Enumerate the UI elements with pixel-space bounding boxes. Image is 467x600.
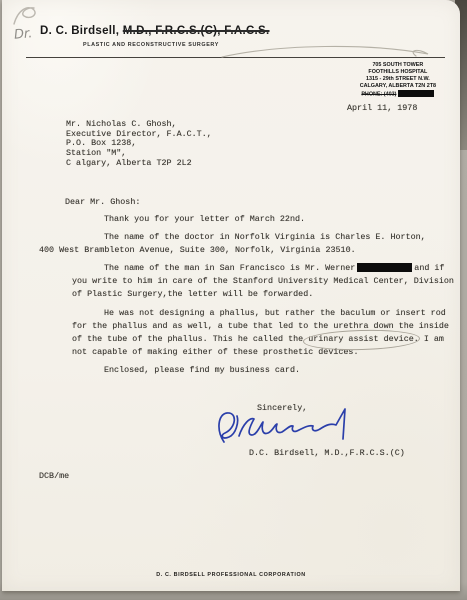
body-line: not capable of making either of these pr… (72, 346, 454, 359)
letter-paper: Dr. D. C. Birdsell, M.D., F.R.C.S.(C), F… (2, 0, 460, 591)
body-text-segment: Enclosed, please find my business card. (104, 365, 300, 375)
body-text-segment: 400 West Brambleton Avenue, Suite 300, N… (39, 245, 356, 255)
letterhead-address-line: 705 SOUTH TOWER (360, 62, 436, 69)
recipient-address-block: Mr. Nicholas C. Ghosh,Executive Director… (66, 120, 212, 169)
body-text-segment: not capable of making either of these pr… (72, 347, 358, 357)
body-text-segment: He was not designing a phallus, but rath… (104, 308, 446, 318)
body-line: Thank you for your letter of March 22nd. (104, 213, 454, 226)
handwritten-signature-ink (212, 406, 360, 450)
body-text-segment: . I am (414, 334, 444, 344)
salutation: Dear Mr. Ghosh: (65, 197, 140, 207)
pencil-circled-phrase: urinary assist device (308, 333, 414, 346)
body-line: The name of the man in San Francisco is … (104, 262, 454, 275)
handwritten-dr-note: Dr. (13, 26, 33, 43)
phone-redaction-box (398, 90, 434, 97)
body-line: of Plastic Surgery,the letter will be fo… (72, 288, 454, 301)
letterhead-name-plain: D. C. Birdsell, (40, 25, 123, 37)
letterhead-credentials-struck: M.D., F.R.C.S.(C), F.A.C.S. (123, 25, 270, 37)
name-redaction-box (357, 263, 412, 272)
body-text-segment: The name of the man in San Francisco is … (104, 263, 355, 273)
body-line: Enclosed, please find my business card. (104, 364, 454, 377)
letter-body: Thank you for your letter of March 22nd.… (72, 213, 454, 377)
footer-corporation-line: D. C. BIRDSELL PROFESSIONAL CORPORATION (2, 572, 460, 578)
letter-date: April 11, 1978 (347, 103, 417, 113)
letterhead-address-line: FOOTHILLS HOSPITAL (360, 69, 436, 76)
letterhead-doctor-name: D. C. Birdsell, M.D., F.R.C.S.(C), F.A.C… (40, 25, 270, 37)
body-line: of the tube of the phallus. This he call… (72, 333, 454, 346)
letterhead-address-block: 705 SOUTH TOWERFOOTHILLS HOSPITAL1315 - … (360, 62, 436, 99)
reference-initials: DCB/me (39, 471, 69, 481)
body-text-segment: of Plastic Surgery,the letter will be fo… (72, 289, 313, 299)
body-text-segment: and if (414, 263, 444, 273)
body-text-segment: The name of the doctor in Norfolk Virgin… (104, 232, 426, 242)
body-text-segment: you write to him in care of the Stanford… (72, 276, 454, 286)
body-text-segment: of the tube of the phallus. This he call… (72, 334, 308, 344)
pencil-swoosh-mark (220, 40, 450, 64)
body-line: The name of the doctor in Norfolk Virgin… (104, 231, 454, 244)
body-line: you write to him in care of the Stanford… (72, 275, 454, 288)
body-text-segment: Thank you for your letter of March 22nd. (104, 214, 305, 224)
body-line: for the phallus and as well, a tube that… (72, 320, 454, 333)
body-line: 400 West Brambleton Avenue, Suite 300, N… (39, 244, 454, 257)
letterhead-address-line: CALGARY, ALBERTA T2N 2T8 (360, 83, 436, 90)
body-text-segment: for the phallus and as well, a tube that… (72, 321, 449, 331)
phone-label: PHONE: (403) (361, 92, 396, 98)
scanned-letter: Dr. D. C. Birdsell, M.D., F.R.C.S.(C), F… (0, 0, 467, 600)
letterhead-phone-line: PHONE: (403) (360, 90, 436, 99)
typed-signature-name: D.C. Birdsell, M.D.,F.R.C.S.(C) (249, 448, 405, 458)
body-line: He was not designing a phallus, but rath… (104, 307, 454, 320)
recipient-address-line: C algary, Alberta T2P 2L2 (66, 159, 212, 169)
letterhead-address-line: 1315 - 29th STREET N.W. (360, 76, 436, 83)
letterhead-specialty-subtitle: PLASTIC AND RECONSTRUCTIVE SURGERY (83, 42, 219, 48)
